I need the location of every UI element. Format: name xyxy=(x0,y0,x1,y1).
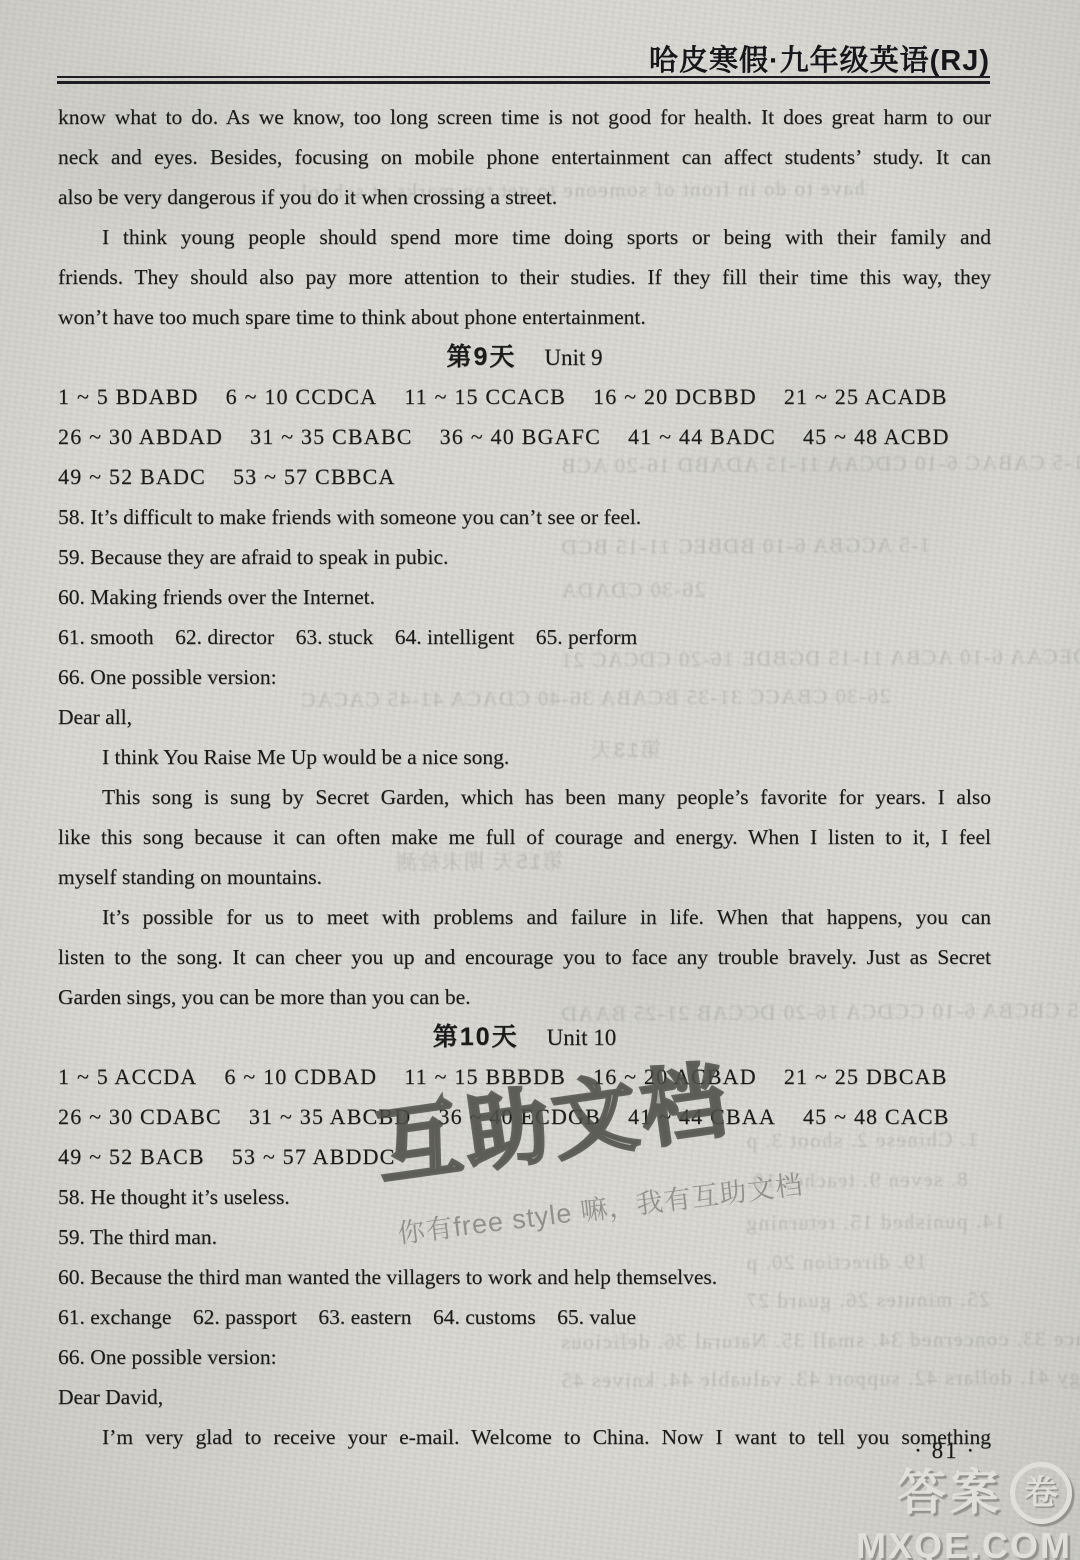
answer-item-line: 60. Because the third man wanted the vil… xyxy=(58,1257,991,1297)
answer-content: know what to do. As we know, too long sc… xyxy=(58,97,991,1457)
answer-group: 36 ~ 40 ECDGB xyxy=(438,1097,601,1137)
day-heading-cn: 第10天 xyxy=(433,1023,519,1051)
text-line: friends. They should also pay more atten… xyxy=(58,257,991,297)
answer-group: 21 ~ 25 ACADB xyxy=(784,377,948,417)
answer-group: 41 ~ 44 CBAA xyxy=(628,1097,776,1137)
answer-key-row: 49 ~ 52 BADC53 ~ 57 CBBCA xyxy=(58,457,991,497)
text-line: know what to do. As we know, too long sc… xyxy=(58,97,991,137)
answer-group: 36 ~ 40 BGAFC xyxy=(440,417,601,457)
answer-group: 26 ~ 30 CDABC xyxy=(58,1097,222,1137)
day-heading-unit: Unit 9 xyxy=(544,345,602,370)
answer-key-row: 49 ~ 52 BACB53 ~ 57 ABDDC xyxy=(58,1137,991,1177)
text-line: Garden sings, you can be more than you c… xyxy=(58,977,991,1017)
answer-item-line: 60. Making friends over the Internet. xyxy=(58,577,991,617)
answer-group: 1 ~ 5 BDABD xyxy=(58,377,199,417)
day-heading-cn: 第9天 xyxy=(446,343,516,371)
brand-watermark: 答案 卷 MXQE.COM xyxy=(856,1462,1072,1560)
header-rule xyxy=(57,76,990,84)
answer-group: 6 ~ 10 CDBAD xyxy=(224,1057,377,1097)
text-line: neck and eyes. Besides, focusing on mobi… xyxy=(58,137,991,177)
text-line: I think young people should spend more t… xyxy=(58,217,991,257)
answer-group: 26 ~ 30 ABDAD xyxy=(58,417,223,457)
text-line: listen to the song. It can cheer you up … xyxy=(58,937,991,977)
answer-group: 16 ~ 20 DCBBD xyxy=(593,377,757,417)
answer-group: 11 ~ 15 BBBDB xyxy=(404,1057,566,1097)
text-line: It’s possible for us to meet with proble… xyxy=(58,897,991,937)
answer-item-line: 58. He thought it’s useless. xyxy=(58,1177,991,1217)
answer-key-row: 26 ~ 30 CDABC31 ~ 35 ABCBD36 ~ 40 ECDGB4… xyxy=(58,1097,991,1137)
answer-group: 45 ~ 48 CACB xyxy=(803,1097,950,1137)
answer-group: 31 ~ 35 CBABC xyxy=(250,417,413,457)
answer-group: 53 ~ 57 CBBCA xyxy=(233,457,396,497)
text-line: myself standing on mountains. xyxy=(58,857,991,897)
answer-group: 16 ~ 20 ACBAD xyxy=(593,1057,757,1097)
day-heading: 第10天Unit 10 xyxy=(58,1017,991,1057)
brand-circle-icon: 卷 xyxy=(1010,1462,1072,1524)
answer-group: 21 ~ 25 DBCAB xyxy=(784,1057,948,1097)
page-number: · 81 · xyxy=(914,1438,976,1464)
brand-name-row: 答案 卷 xyxy=(856,1462,1072,1524)
answer-item-line: 59. The third man. xyxy=(58,1217,991,1257)
text-line: I think You Raise Me Up would be a nice … xyxy=(58,737,991,777)
answer-group: 11 ~ 15 CCACB xyxy=(404,377,566,417)
answer-group: 45 ~ 48 ACBD xyxy=(803,417,950,457)
answer-group: 49 ~ 52 BADC xyxy=(58,457,206,497)
answer-key-row: 26 ~ 30 ABDAD31 ~ 35 CBABC36 ~ 40 BGAFC4… xyxy=(58,417,991,457)
answer-group: 6 ~ 10 CCDCA xyxy=(226,377,378,417)
answer-key-row: 1 ~ 5 ACCDA6 ~ 10 CDBAD11 ~ 15 BBBDB16 ~… xyxy=(58,1057,991,1097)
text-line: like this song because it can often make… xyxy=(58,817,991,857)
answer-group: 49 ~ 52 BACB xyxy=(58,1137,205,1177)
answer-group: 31 ~ 35 ABCBD xyxy=(249,1097,412,1137)
text-line: Dear all, xyxy=(58,697,991,737)
answer-group: 1 ~ 5 ACCDA xyxy=(58,1057,197,1097)
answer-group: 41 ~ 44 BADC xyxy=(628,417,776,457)
brand-url: MXQE.COM xyxy=(856,1528,1072,1560)
text-line: won’t have too much spare time to think … xyxy=(58,297,991,337)
answer-item-line: 66. One possible version: xyxy=(58,1337,991,1377)
answer-group: 53 ~ 57 ABDDC xyxy=(232,1137,396,1177)
text-line: This song is sung by Secret Garden, whic… xyxy=(58,777,991,817)
answer-item-line: 61. exchange 62. passport 63. eastern 64… xyxy=(58,1297,991,1337)
day-heading-unit: Unit 10 xyxy=(547,1025,617,1050)
text-line: Dear David, xyxy=(58,1377,991,1417)
answer-item-line: 58. It’s difficult to make friends with … xyxy=(58,497,991,537)
text-line: I’m very glad to receive your e-mail. We… xyxy=(58,1417,991,1457)
answer-key-row: 1 ~ 5 BDABD6 ~ 10 CCDCA11 ~ 15 CCACB16 ~… xyxy=(58,377,991,417)
scanned-answer-page: have to do in front of someone to get to… xyxy=(0,0,1080,1560)
answer-item-line: 66. One possible version: xyxy=(58,657,991,697)
answer-item-line: 59. Because they are afraid to speak in … xyxy=(58,537,991,577)
page-header-title: 哈皮寒假·九年级英语(RJ) xyxy=(649,38,990,79)
day-heading: 第9天Unit 9 xyxy=(58,337,991,377)
answer-item-line: 61. smooth 62. director 63. stuck 64. in… xyxy=(58,617,991,657)
brand-name-text: 答案 xyxy=(897,1469,1003,1518)
text-line: also be very dangerous if you do it when… xyxy=(58,177,991,217)
